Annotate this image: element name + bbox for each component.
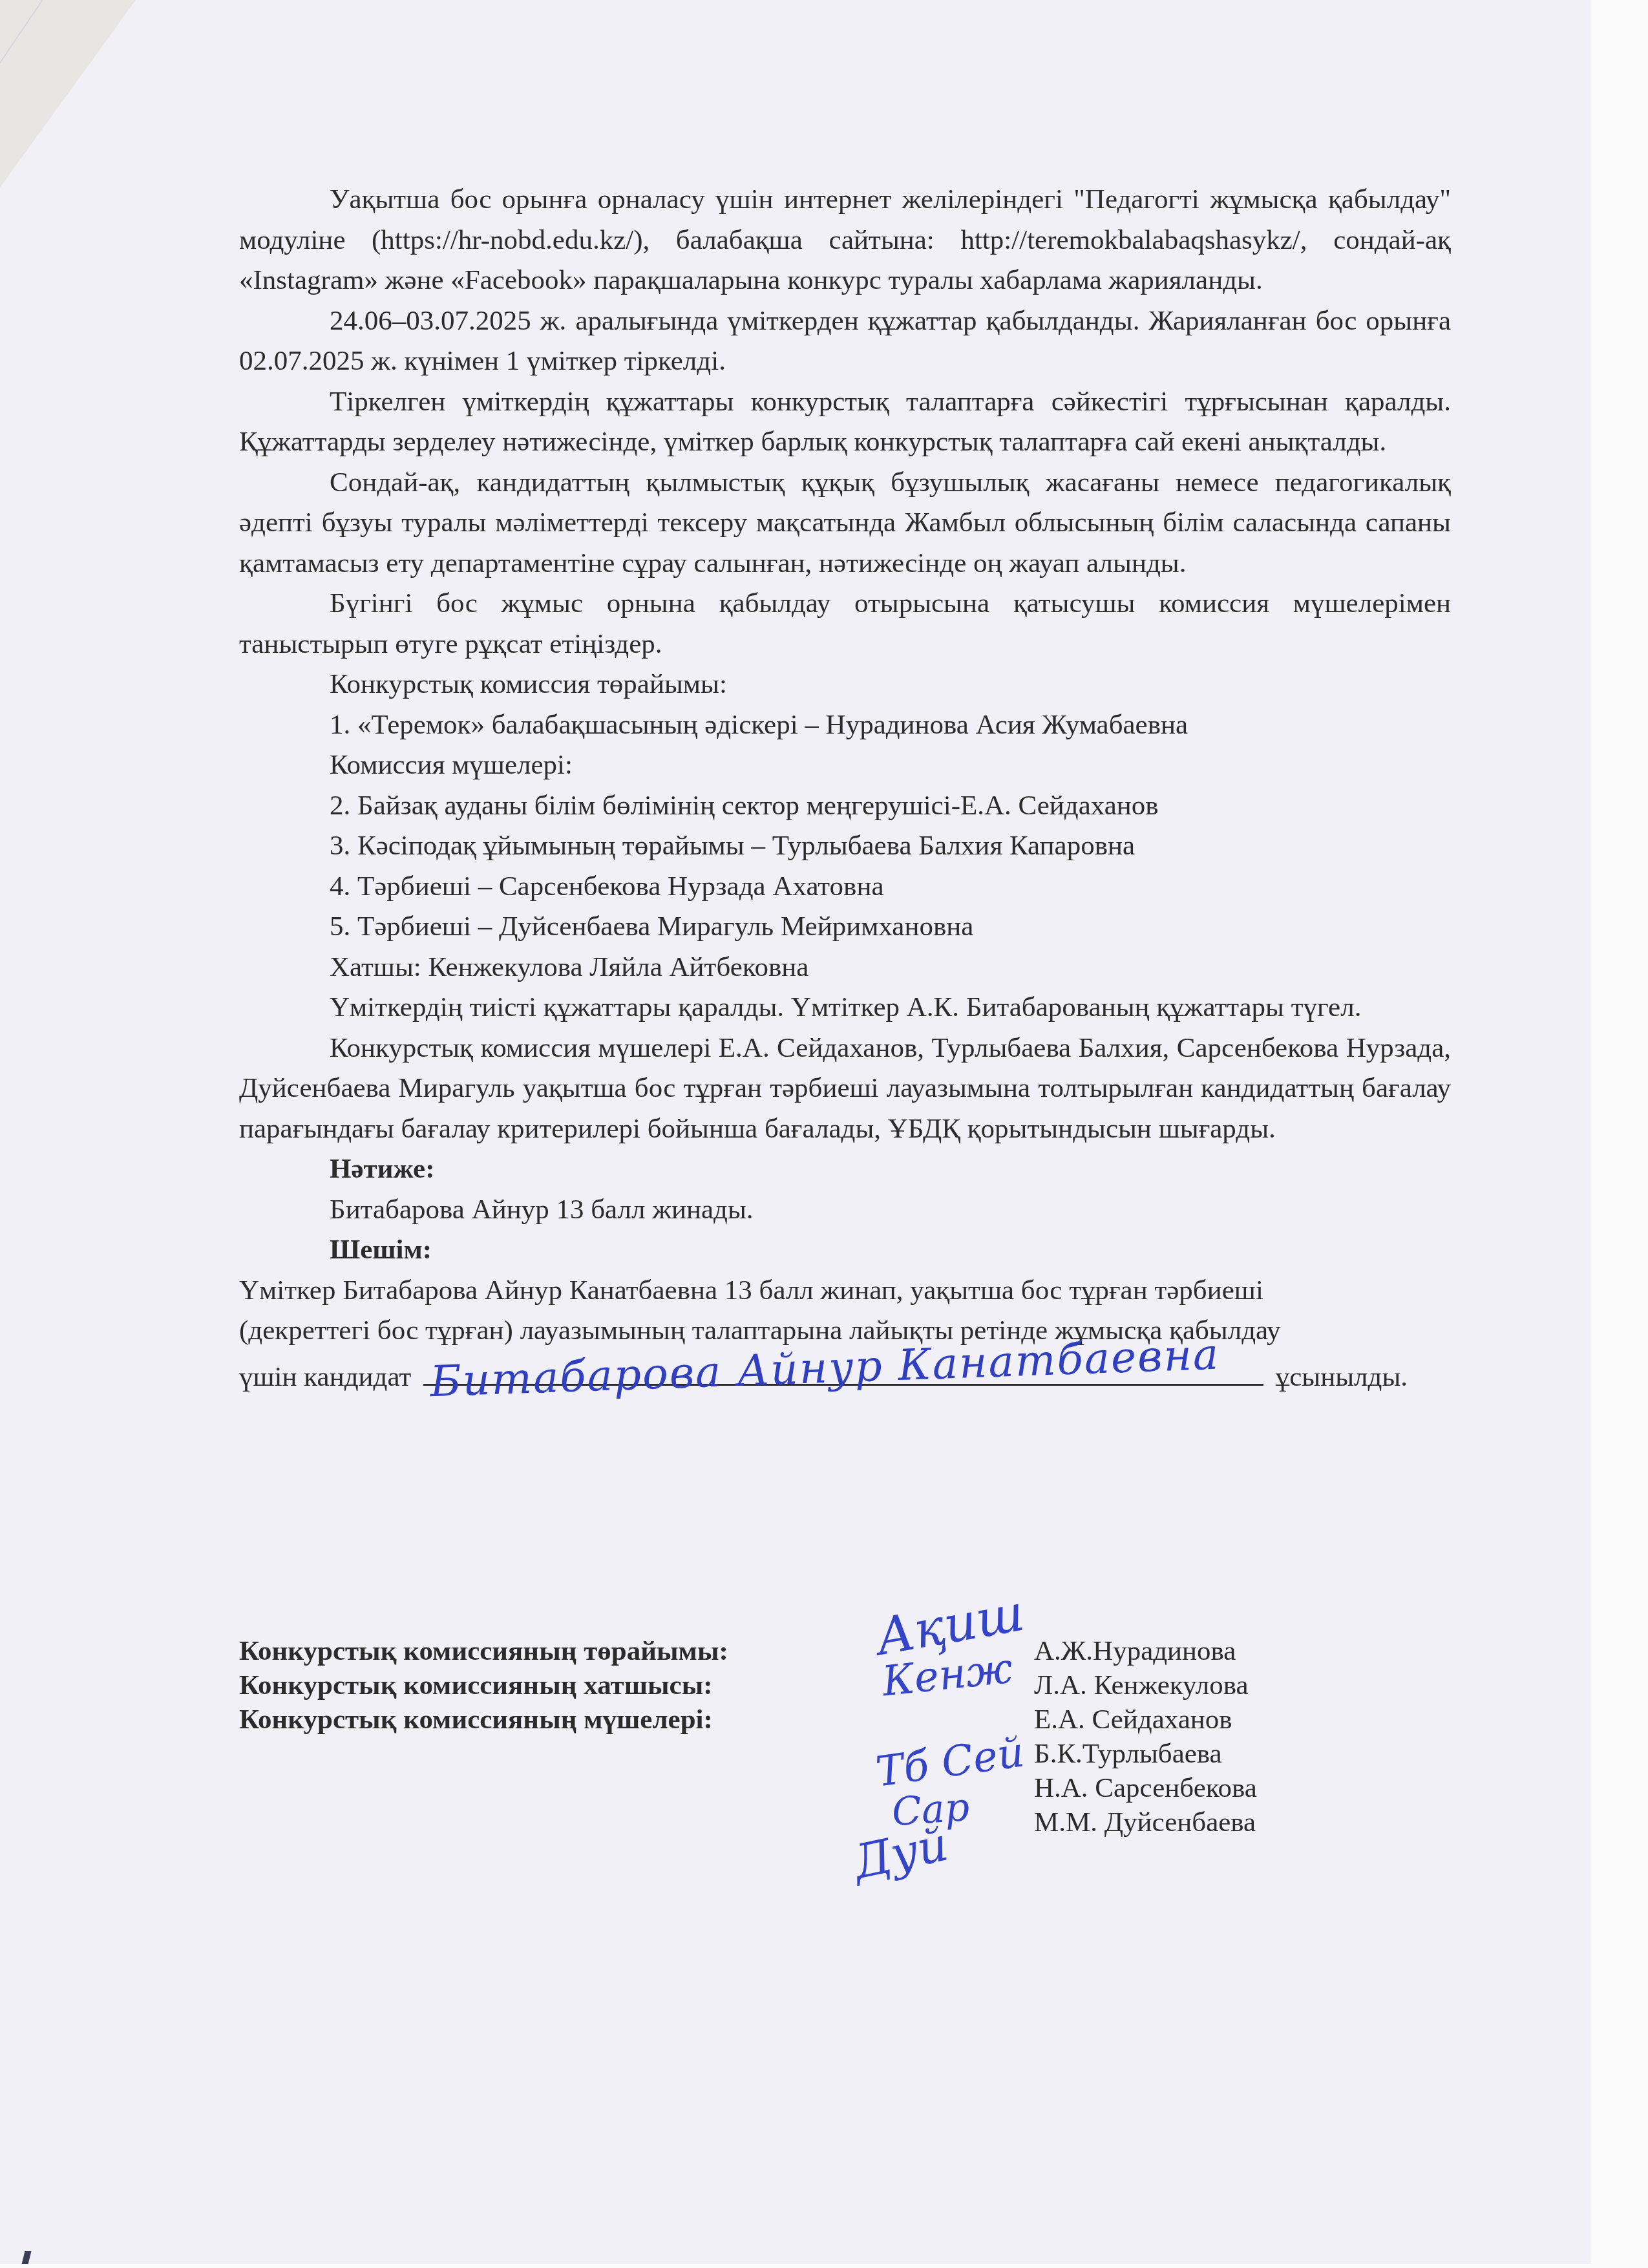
member-entry: 3. Кәсіподақ ұйымының төрайымы – Турлыба… xyxy=(239,826,1451,867)
chair-heading: Конкурстық комиссия төрайымы: xyxy=(239,664,1451,705)
scan-margin-right xyxy=(1591,0,1648,2268)
member-entry: 2. Байзақ ауданы білім бөлімінің сектор … xyxy=(239,786,1451,827)
result-heading: Нәтиже: xyxy=(239,1149,1451,1190)
signature-row-member: М.М. Дуйсенбаева xyxy=(239,1805,1467,1839)
signature-row-members: Конкурстық комиссияның мүшелері: Е.А. Се… xyxy=(239,1702,1467,1737)
candidate-name-field: Битабарова Айнур Канатбаевна xyxy=(423,1351,1263,1386)
signature-name: Н.А. Сарсенбекова xyxy=(1034,1771,1257,1805)
signature-row-secretary: Конкурстық комиссияның хатшысы: Л.А. Кен… xyxy=(239,1668,1467,1702)
scan-margin-bottom xyxy=(0,2264,1648,2268)
folded-corner xyxy=(0,0,136,187)
signature-row-member: Н.А. Сарсенбекова xyxy=(239,1771,1467,1805)
signature-name: А.Ж.Нурадинова xyxy=(1034,1634,1236,1668)
paragraph-announcement: Уақытша бос орынға орналасу үшін интерне… xyxy=(239,180,1451,301)
signature-block: Конкурстық комиссияның төрайымы: А.Ж.Нур… xyxy=(239,1634,1467,1839)
signature-label: Конкурстық комиссияның мүшелері: xyxy=(239,1702,1034,1737)
signature-name: Е.А. Сейдаханов xyxy=(1034,1702,1232,1737)
signature-name: Л.А. Кенжекулова xyxy=(1034,1668,1249,1702)
signature-name: М.М. Дуйсенбаева xyxy=(1034,1805,1256,1839)
paragraph-document-review: Тіркелген үміткердің құжаттары конкурсты… xyxy=(239,382,1451,463)
member-entry: 4. Тәрбиеші – Сарсенбекова Нурзада Ахато… xyxy=(239,867,1451,907)
paragraph-evaluation: Конкурстық комиссия мүшелері Е.А. Сейдах… xyxy=(239,1028,1451,1150)
member-entry: 5. Тәрбиеші – Дуйсенбаева Мирагуль Мейри… xyxy=(239,907,1451,948)
decision-line-3-suffix: ұсынылды. xyxy=(1276,1362,1408,1392)
paragraph-candidate-documents: Үміткердің тиісті құжаттары қаралды. Үмт… xyxy=(239,988,1451,1028)
scan-artifact xyxy=(22,2251,32,2264)
result-text: Битабарова Айнур 13 балл жинады. xyxy=(239,1190,1451,1231)
decision-line-3-prefix: үшін кандидат xyxy=(239,1362,411,1392)
secretary-entry: Хатшы: Кенжекулова Ляйла Айтбековна xyxy=(239,948,1451,988)
decision-heading: Шешім: xyxy=(239,1230,1451,1271)
decision-line-1: Үміткер Битабарова Айнур Канатбаевна 13 … xyxy=(239,1271,1451,1311)
signature-row-member: Б.К.Турлыбаева xyxy=(239,1737,1467,1771)
paragraph-introduction: Бүгінгі бос жұмыс орнына қабылдау отырыс… xyxy=(239,584,1451,664)
paragraph-application-period: 24.06–03.07.2025 ж. аралығында үміткерде… xyxy=(239,301,1451,382)
members-heading: Комиссия мүшелері: xyxy=(239,745,1451,786)
chair-entry: 1. «Теремок» балабақшасының әдіскері – Н… xyxy=(239,705,1451,746)
document-body: Уақытша бос орынға орналасу үшін интерне… xyxy=(239,180,1451,1397)
signature-name: Б.К.Турлыбаева xyxy=(1034,1737,1222,1771)
decision-line-3: үшін кандидат Битабарова Айнур Канатбаев… xyxy=(239,1351,1451,1398)
paragraph-background-check: Сондай-ақ, кандидаттың қылмыстық құқық б… xyxy=(239,463,1451,584)
signature-row-chair: Конкурстық комиссияның төрайымы: А.Ж.Нур… xyxy=(239,1634,1467,1668)
